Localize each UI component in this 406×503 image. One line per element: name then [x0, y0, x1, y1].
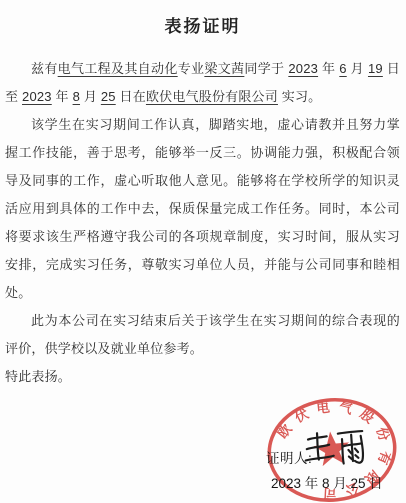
text-segment: 专业: [178, 61, 205, 76]
document-body: 表扬证明 兹有电气工程及其自动化专业梁文茜同学于 2023 年 6 月 19 日…: [0, 0, 406, 391]
underlined-start-day: 19: [368, 61, 383, 76]
underlined-end-day: 25: [101, 89, 116, 104]
commendation-certificate-document: 表扬证明 兹有电气工程及其自动化专业梁文茜同学于 2023 年 6 月 19 日…: [0, 0, 406, 503]
handwritten-signature: 王雨: [301, 422, 370, 474]
closing-statement: 特此表扬。: [5, 363, 400, 391]
evaluation-paragraph: 该学生在实习期间工作认真，脚踏实地，虚心请教并且努力掌握工作技能，善于思考，能够…: [5, 111, 400, 307]
underlined-start-month: 6: [339, 61, 346, 76]
purpose-paragraph: 此为本公司在实习结束后关于该学生在实习期间的综合表现的评价，供学校以及就业单位参…: [5, 307, 400, 363]
text-segment: 月: [347, 61, 368, 76]
text-segment: 年: [52, 89, 73, 104]
text-segment: 实习。: [278, 89, 321, 104]
underlined-company-name: 欧伏电气股份有限公司: [146, 89, 278, 104]
text-segment: 年: [318, 61, 339, 76]
document-title: 表扬证明: [5, 12, 400, 37]
underlined-major-field: 电气工程及其自动化: [58, 61, 178, 76]
underlined-end-year: 2023: [22, 89, 52, 104]
text-segment: 月: [80, 89, 101, 104]
underlined-start-year: 2023: [288, 61, 318, 76]
intro-paragraph: 兹有电气工程及其自动化专业梁文茜同学于 2023 年 6 月 19 日至 202…: [5, 55, 400, 111]
text-segment: 同学于: [244, 61, 288, 76]
text-segment: 日在: [116, 89, 146, 104]
underlined-student-name: 梁文茜: [204, 61, 244, 76]
text-segment: 兹有: [31, 61, 58, 76]
certificate-date: 2023 年 8 月 25 日: [271, 472, 383, 492]
underlined-end-month: 8: [73, 89, 80, 104]
